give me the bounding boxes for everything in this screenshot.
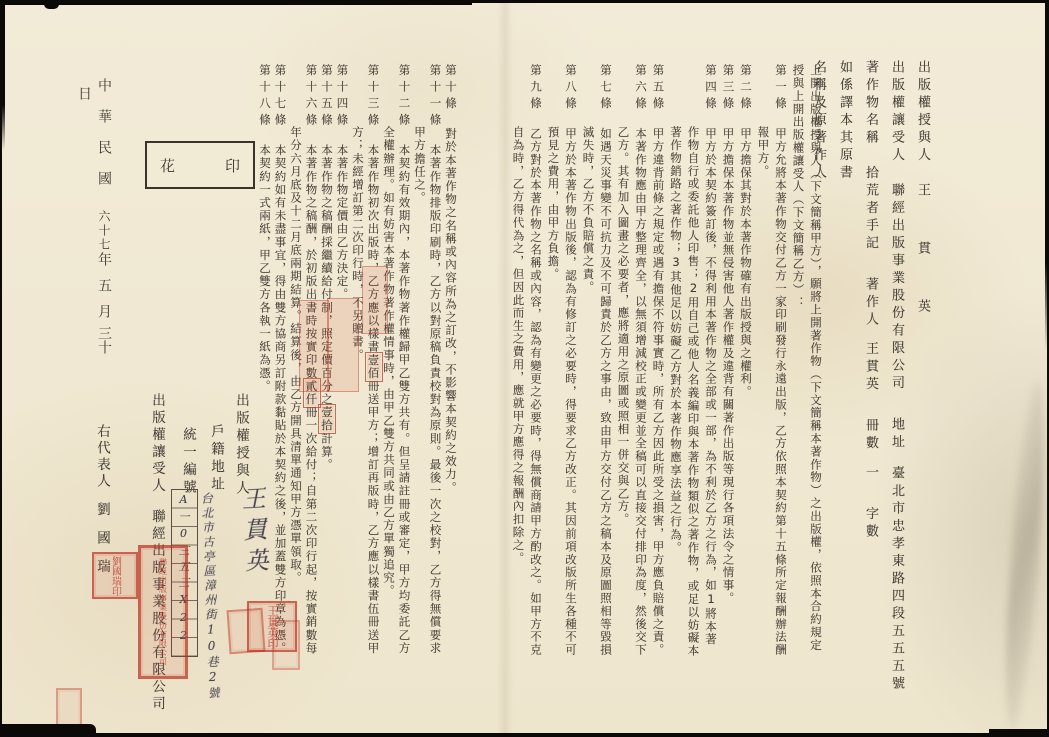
address-label: 戶籍地址 <box>206 424 226 494</box>
uid-label: 統一編號 <box>178 427 198 497</box>
scan-edge-right <box>1045 0 1049 350</box>
article-6: 第六條本著作物應由甲方整理齊全，以無須增減校正或變更並全稿可以直接交付排印為度，… <box>614 64 649 658</box>
grantee-line: 出版權讓受人聯經出版事業股份有限公司地址臺北市忠孝東路四段五五五號 <box>883 60 909 730</box>
article-text: 甲方擔保本著作物並無侵害他人著作權及違背有關著作出版等現行各項法令之情事。 <box>722 128 736 605</box>
article-7: 第七條如遇天災事變不可抗力及不可歸責於乙方之事由，致由甲方交付乙方之稿本及原圖照… <box>579 64 614 658</box>
partial-seal-right <box>272 620 300 670</box>
author-name: 王貫英 <box>863 342 878 395</box>
company-seal: 聯經出版事業股份有限公司 <box>138 545 188 679</box>
article-number: 第七條 <box>599 64 613 114</box>
article-text: 本著作物排版印刷時，乙方以對原稿負責校對為原則。最後一次之校對，乙方得無償要求甲… <box>413 126 443 655</box>
author-label: 著作人 <box>863 277 878 330</box>
grantor-seal-secondary <box>227 608 266 654</box>
scan-edge-left <box>0 0 5 150</box>
stamped-copy-count: 壹佰 <box>367 354 381 380</box>
grantee-label: 出版權讓受人 <box>149 393 165 495</box>
date-day: 三十 <box>96 326 112 354</box>
article-text: 甲方於本契約簽訂後，不得利用本著作物之全部或一部，為不利於乙方之行為，如1將本著… <box>669 126 718 657</box>
article-number: 第十三條 <box>367 64 381 130</box>
grantee-label: 出版權讓受人 <box>889 60 904 165</box>
article-8: 第八條甲方於本著作物出版後，認為有修訂之必要時，得要求乙方改正。其因前項改版所生… <box>544 64 579 658</box>
work-title: 拾荒者手記 <box>863 166 878 254</box>
article-number: 第三條 <box>722 64 736 114</box>
article-number: 第十六條 <box>305 64 319 130</box>
article-1: 第一條甲方允將本著作物交付乙方一家印刷發行永遠出版，乙方依照本契約第十五條所定報… <box>754 64 789 658</box>
article-number: 第四條 <box>704 64 718 114</box>
article-10: 第十條對於本著作物之名稱或內容所為之訂改，不影響本契約之效力。 <box>443 64 459 658</box>
volumes-value: 一 <box>863 465 878 483</box>
article-text: 甲方擔保其對於本著作物確有出版授與之權利。 <box>739 128 753 399</box>
stamped-royalty-rate: 壹拾 <box>320 406 334 432</box>
article-number: 第十七條 <box>274 64 288 130</box>
article-text: 計算。 <box>320 432 334 471</box>
article-number: 第十二條 <box>398 64 412 130</box>
grantor-label: 出版權授與人 <box>915 60 930 165</box>
article-number: 第十一條 <box>429 64 443 130</box>
article-3: 第三條甲方擔保本著作物並無侵害他人著作權及違背有關著作出版等現行各項法令之情事。 <box>719 64 737 658</box>
scan-edge-bottom <box>0 733 1049 737</box>
scanned-contract-page: 出版權授與人王 貫 英 出版權讓受人聯經出版事業股份有限公司地址臺北市忠孝東路四… <box>0 0 1049 737</box>
date-year-label: 年 <box>96 252 112 266</box>
revenue-stamp-box: 花印 <box>145 141 255 189</box>
scan-edge-bottom-right <box>989 729 1049 737</box>
article-number: 第六條 <box>634 64 648 114</box>
article-text: 甲方違背前條之規定或遇有擔保不符事實時，所有乙方因此所受之損害，甲方應負賠償之責… <box>652 128 666 657</box>
article-text: 如遇天災事變不可抗力及不可歸責於乙方之事由，致由甲方交付乙方之稿本及原圖照相等毀… <box>582 126 614 656</box>
signature-grantor-label: 出版權授與人 <box>231 393 251 498</box>
scan-edge-notch <box>44 0 59 9</box>
volumes-label: 冊數 <box>863 418 878 453</box>
date-year: 六十七 <box>97 210 111 252</box>
article-number: 第十五條 <box>320 64 334 130</box>
article-text: 甲方於本著作物出版後，認為有修訂之必要時，得要求乙方改正。其因前項改版所生各種不… <box>547 126 579 656</box>
address-value: 臺北市忠孝東路四段五五五號 <box>889 466 904 694</box>
article-text: 甲方允將本著作物交付乙方一家印刷發行永遠出版，乙方依照本契約第十五條所定報酬辦法… <box>757 126 789 656</box>
company-seal-text: 聯經出版事業股份有限公司 <box>141 548 185 676</box>
article-12: 第十二條本契約有效期內，本著作物著作權歸甲乙雙方共有。但呈請註冊或審定，甲方均委… <box>381 64 412 658</box>
work-title-label: 著作物名稱 <box>863 60 878 148</box>
representative-seal: 劉國瑞印 <box>92 552 138 599</box>
article-text: 本著作物定價由乙方決定。 <box>336 144 350 301</box>
scan-edge-top-thick <box>0 0 472 5</box>
article-number: 第十四條 <box>336 64 350 130</box>
article-4: 第四條甲方於本契約簽訂後，不得利用本著作物之全部或一部，為不利於乙方之行為，如1… <box>667 64 720 658</box>
article-9: 第九條乙方對於本著作物之名稱或內容，認為有變更之必要時，得無償商請甲方酌改之。如… <box>509 64 544 658</box>
date-month-label: 月 <box>96 304 112 318</box>
date-column: 中華民國六十七年五月三十日 <box>74 78 114 358</box>
grantee-name: 聯經出版事業股份有限公司 <box>889 183 904 393</box>
article-text: 本契約如有未盡事宜，得由雙方協商另訂附款黏貼於本契約之後，並加蓋雙方印章為憑。 <box>274 144 288 655</box>
article-number: 第二條 <box>739 64 753 114</box>
article-text: 本著作物應由甲方整理齊全，以無須增減校正或變更並全稿可以直接交付排印為度，然後交… <box>617 126 649 656</box>
address-label: 地址 <box>889 417 904 452</box>
red-stamp-overlay-article16 <box>299 300 329 392</box>
article-number: 第十八條 <box>258 64 272 130</box>
stamp-box-left-char: 花 <box>160 155 175 176</box>
preamble: 上開出版權授與人（下文簡稱甲方），願將上開著作物（下文簡稱本著作物）之出版權，依… <box>789 64 824 658</box>
representative-label: 右代表人 <box>94 424 110 490</box>
stamp-box-right-char: 印 <box>225 155 240 176</box>
article-number: 第一條 <box>774 64 788 114</box>
article-text: 乙方對於本著作物之名稱或內容，認為有變更之必要時，得無償商請甲方酌改之。如甲方不… <box>512 126 544 656</box>
scan-edge-bottom-left <box>0 724 96 737</box>
article-text: 本契約一式兩紙，甲乙雙方各執一紙為憑。 <box>258 144 272 393</box>
word-count-label: 字數 <box>863 507 878 542</box>
articles-1-9: 上開出版權授與人（下文簡稱甲方），願將上開著作物（下文簡稱本著作物）之出版權，依… <box>509 64 824 658</box>
article-17: 第十七條本契約如有未盡事宜，得由雙方協商另訂附款黏貼於本契約之後，並加蓋雙方印章… <box>272 64 288 658</box>
article-number: 第五條 <box>652 64 666 114</box>
date-month: 五 <box>96 278 112 292</box>
red-stamp-overlay-article15 <box>327 298 359 392</box>
article-5: 第五條甲方違背前條之規定或遇有擔保不符事實時，所有乙方因此所受之損害，甲方應負賠… <box>649 64 667 658</box>
article-text: 本契約有效期內，本著作物著作權歸甲乙雙方共有。但呈請註冊或審定，甲方均委託乙方全… <box>382 126 412 655</box>
article-number: 第十條 <box>444 64 458 114</box>
date-era: 中華民國 <box>96 78 112 202</box>
red-stamp-overlay-article13 <box>362 266 388 334</box>
representative-seal-text: 劉國瑞印 <box>94 554 136 597</box>
article-11: 第十一條本著作物排版印刷時，乙方以對原稿負責校對為原則。最後一次之校對，乙方得無… <box>412 64 443 658</box>
contract-header: 出版權授與人王 貫 英 出版權讓受人聯經出版事業股份有限公司地址臺北市忠孝東路四… <box>805 60 935 730</box>
article-2: 第二條甲方擔保其對於本著作物確有出版授與之權利。 <box>737 64 755 658</box>
grantor-name: 王 貫 英 <box>915 183 930 328</box>
article-number: 第八條 <box>564 64 578 114</box>
work-title-line: 著作物名稱拾荒者手記著作人王貫英冊數一字數 <box>857 60 883 730</box>
article-text: 對於本著作物之名稱或內容所為之訂改，不影響本契約之效力。 <box>444 128 458 495</box>
article-number: 第九條 <box>529 64 543 114</box>
grantor-line: 出版權授與人王 貫 英 <box>909 60 935 730</box>
date-day-label: 日 <box>76 86 92 100</box>
